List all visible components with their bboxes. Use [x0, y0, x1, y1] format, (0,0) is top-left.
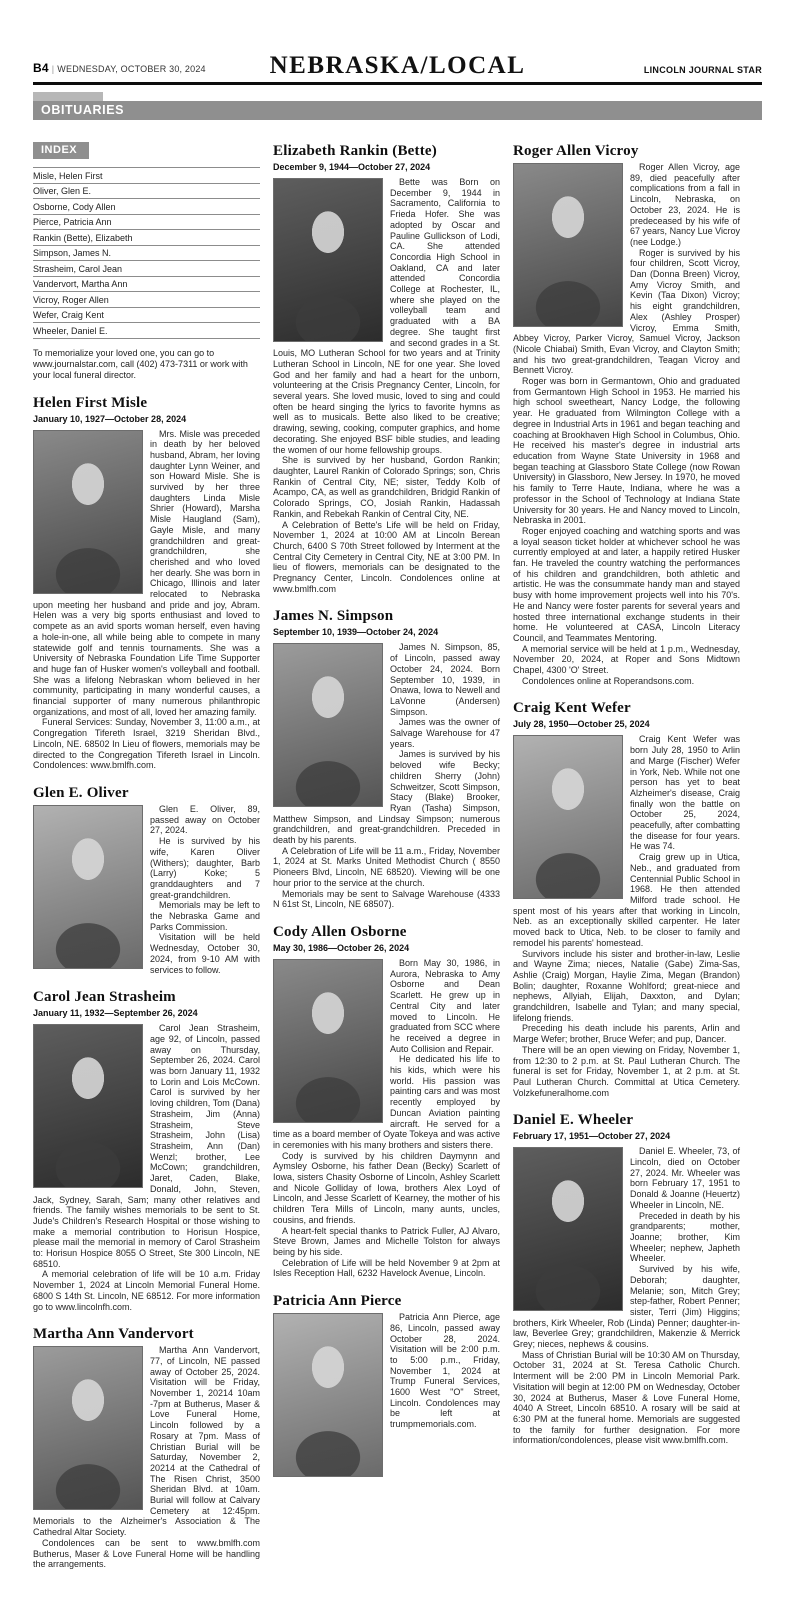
obits-column-3: Roger Allen Vicroy Roger Allen Vicroy, a… [513, 143, 740, 1446]
obit-paragraph: A Celebration of Life will be 11 a.m., F… [273, 846, 500, 889]
index-entry: Wefer, Craig Kent [33, 308, 260, 324]
obituary-craig-kent-wefer: Craig Kent Wefer July 28, 1950—October 2… [513, 700, 740, 1098]
newspaper-page: B4|WEDNESDAY, OCTOBER 30, 2024 NEBRASKA/… [0, 0, 792, 1620]
obituaries-banner: OBITUARIES [33, 101, 762, 120]
index-note: To memorialize your loved one, you can g… [33, 348, 260, 381]
portrait-photo [33, 805, 143, 969]
section-title: NEBRASKA/LOCAL [270, 52, 526, 80]
obituary-daniel-e-wheeler: Daniel E. Wheeler February 17, 1951—Octo… [513, 1112, 740, 1446]
index-entry: Vandervort, Martha Ann [33, 277, 260, 293]
obit-body: Patricia Ann Pierce, age 86, Lincoln, pa… [273, 1312, 500, 1480]
index-list: Misle, Helen FirstOliver, Glen E.Osborne… [33, 167, 260, 339]
obits-column-2: Elizabeth Rankin (Bette) December 9, 194… [273, 143, 500, 1480]
obit-name: James N. Simpson [273, 608, 500, 625]
obit-body: Mrs. Misle was preceded in death by her … [33, 429, 260, 772]
obit-dates: January 11, 1932—September 26, 2024 [33, 1008, 260, 1018]
obit-paragraph: Mass of Christian Burial will be 10:30 A… [513, 1350, 740, 1446]
obit-dates: May 30, 1986—October 26, 2024 [273, 943, 500, 953]
obits-column-1: Helen First Misle January 10, 1927—Octob… [33, 395, 260, 1571]
column-2: Elizabeth Rankin (Bette) December 9, 194… [273, 129, 500, 1480]
obit-name: Martha Ann Vandervort [33, 1326, 260, 1343]
obit-body: Glen E. Oliver, 89, passed away on Octob… [33, 804, 260, 975]
index-entry: Osborne, Cody Allen [33, 199, 260, 215]
portrait-photo [33, 1024, 143, 1188]
obituary-elizabeth-rankin-bette: Elizabeth Rankin (Bette) December 9, 194… [273, 143, 500, 594]
column-1: INDEX Misle, Helen FirstOliver, Glen E.O… [33, 129, 260, 1570]
portrait-photo [513, 735, 623, 899]
obit-name: Carol Jean Strasheim [33, 989, 260, 1006]
obit-paragraph: A Celebration of Bette's Life will be he… [273, 520, 500, 595]
obit-paragraph: Survivors include his sister and brother… [513, 949, 740, 1024]
obituary-james-n-simpson: James N. Simpson September 10, 1939—Octo… [273, 608, 500, 910]
obit-dates: July 28, 1950—October 25, 2024 [513, 719, 740, 729]
obit-paragraph: A heart-felt special thanks to Patrick F… [273, 1226, 500, 1258]
page-number-and-date: B4|WEDNESDAY, OCTOBER 30, 2024 [33, 61, 206, 75]
obituary-patricia-ann-pierce: Patricia Ann Pierce Patricia Ann Pierce,… [273, 1293, 500, 1480]
obit-name: Helen First Misle [33, 395, 260, 412]
obit-name: Glen E. Oliver [33, 785, 260, 802]
newspaper-name: LINCOLN JOURNAL STAR [644, 65, 762, 75]
obit-body: Born May 30, 1986, in Aurora, Nebraska t… [273, 958, 500, 1279]
obit-body: Craig Kent Wefer was born July 28, 1950 … [513, 734, 740, 1098]
obit-paragraph: Condolences online at Roperandsons.com. [513, 676, 740, 687]
portrait-photo [33, 430, 143, 594]
obit-name: Cody Allen Osborne [273, 924, 500, 941]
index-entry: Strasheim, Carol Jean [33, 261, 260, 277]
column-3: Roger Allen Vicroy Roger Allen Vicroy, a… [513, 129, 740, 1446]
obit-name: Craig Kent Wefer [513, 700, 740, 717]
obit-paragraph: Condolences can be sent to www.bmlfh.com… [33, 1538, 260, 1570]
obit-dates: December 9, 1944—October 27, 2024 [273, 162, 500, 172]
index-entry: Pierce, Patricia Ann [33, 215, 260, 231]
obit-paragraph: Preceding his death include his parents,… [513, 1023, 740, 1044]
obit-paragraph: A memorial celebration of life will be 1… [33, 1269, 260, 1312]
issue-date: WEDNESDAY, OCTOBER 30, 2024 [57, 64, 205, 74]
obit-body: Carol Jean Strasheim, age 92, of Lincoln… [33, 1023, 260, 1312]
portrait-photo [273, 959, 383, 1123]
index-entry: Vicroy, Roger Allen [33, 292, 260, 308]
obit-name: Roger Allen Vicroy [513, 143, 740, 160]
obituary-glen-e-oliver: Glen E. Oliver Glen E. Oliver, 89, passe… [33, 785, 260, 975]
obit-paragraph: Celebration of Life will be held Novembe… [273, 1258, 500, 1279]
obit-body: Roger Allen Vicroy, age 89, died peacefu… [513, 162, 740, 686]
obit-paragraph: There will be an open viewing on Friday,… [513, 1045, 740, 1099]
obit-paragraph: Roger enjoyed coaching and watching spor… [513, 526, 740, 644]
index-entry: Oliver, Glen E. [33, 184, 260, 200]
portrait-photo [273, 178, 383, 342]
index-entry: Rankin (Bette), Elizabeth [33, 230, 260, 246]
index-box: INDEX Misle, Helen FirstOliver, Glen E.O… [33, 140, 260, 381]
obit-name: Patricia Ann Pierce [273, 1293, 500, 1310]
obit-paragraph: Cody is survived by his children Daymynn… [273, 1151, 500, 1226]
banner-tab [33, 92, 103, 101]
portrait-photo [273, 1313, 383, 1477]
masthead-rule [33, 82, 762, 85]
obit-dates: February 17, 1951—October 27, 2024 [513, 1131, 740, 1141]
obit-paragraph: She is survived by her husband, Gordon R… [273, 455, 500, 519]
page-columns: INDEX Misle, Helen FirstOliver, Glen E.O… [33, 129, 762, 1570]
obituary-martha-ann-vandervort: Martha Ann Vandervort Martha Ann Vanderv… [33, 1326, 260, 1570]
portrait-photo [513, 1147, 623, 1311]
page-number: B4 [33, 61, 49, 75]
obituary-cody-allen-osborne: Cody Allen Osborne May 30, 1986—October … [273, 924, 500, 1279]
obit-body: Bette was Born on December 9, 1944 in Sa… [273, 177, 500, 594]
obituary-roger-allen-vicroy: Roger Allen Vicroy Roger Allen Vicroy, a… [513, 143, 740, 686]
index-title: INDEX [33, 142, 89, 159]
obituary-carol-jean-strasheim: Carol Jean Strasheim January 11, 1932—Se… [33, 989, 260, 1312]
index-entry: Misle, Helen First [33, 168, 260, 184]
obituary-helen-first-misle: Helen First Misle January 10, 1927—Octob… [33, 395, 260, 772]
obit-body: Daniel E. Wheeler, 73, of Lincoln, died … [513, 1146, 740, 1446]
index-entry: Wheeler, Daniel E. [33, 323, 260, 339]
obit-dates: January 10, 1927—October 28, 2024 [33, 414, 260, 424]
obit-paragraph: Funeral Services: Sunday, November 3, 11… [33, 717, 260, 771]
index-entry: Simpson, James N. [33, 246, 260, 262]
obit-dates: September 10, 1939—October 24, 2024 [273, 627, 500, 637]
obit-name: Elizabeth Rankin (Bette) [273, 143, 500, 160]
obit-name: Daniel E. Wheeler [513, 1112, 740, 1129]
divider: | [52, 64, 55, 74]
obit-body: Martha Ann Vandervort, 77, of Lincoln, N… [33, 1345, 260, 1570]
obit-body: James N. Simpson, 85, of Lincoln, passed… [273, 642, 500, 910]
portrait-photo [273, 643, 383, 807]
obit-paragraph: Memorials may be sent to Salvage Warehou… [273, 889, 500, 910]
portrait-photo [513, 163, 623, 327]
portrait-photo [33, 1346, 143, 1510]
obit-paragraph: Roger was born in Germantown, Ohio and g… [513, 376, 740, 526]
obit-paragraph: A memorial service will be held at 1 p.m… [513, 644, 740, 676]
masthead: B4|WEDNESDAY, OCTOBER 30, 2024 NEBRASKA/… [33, 0, 762, 82]
